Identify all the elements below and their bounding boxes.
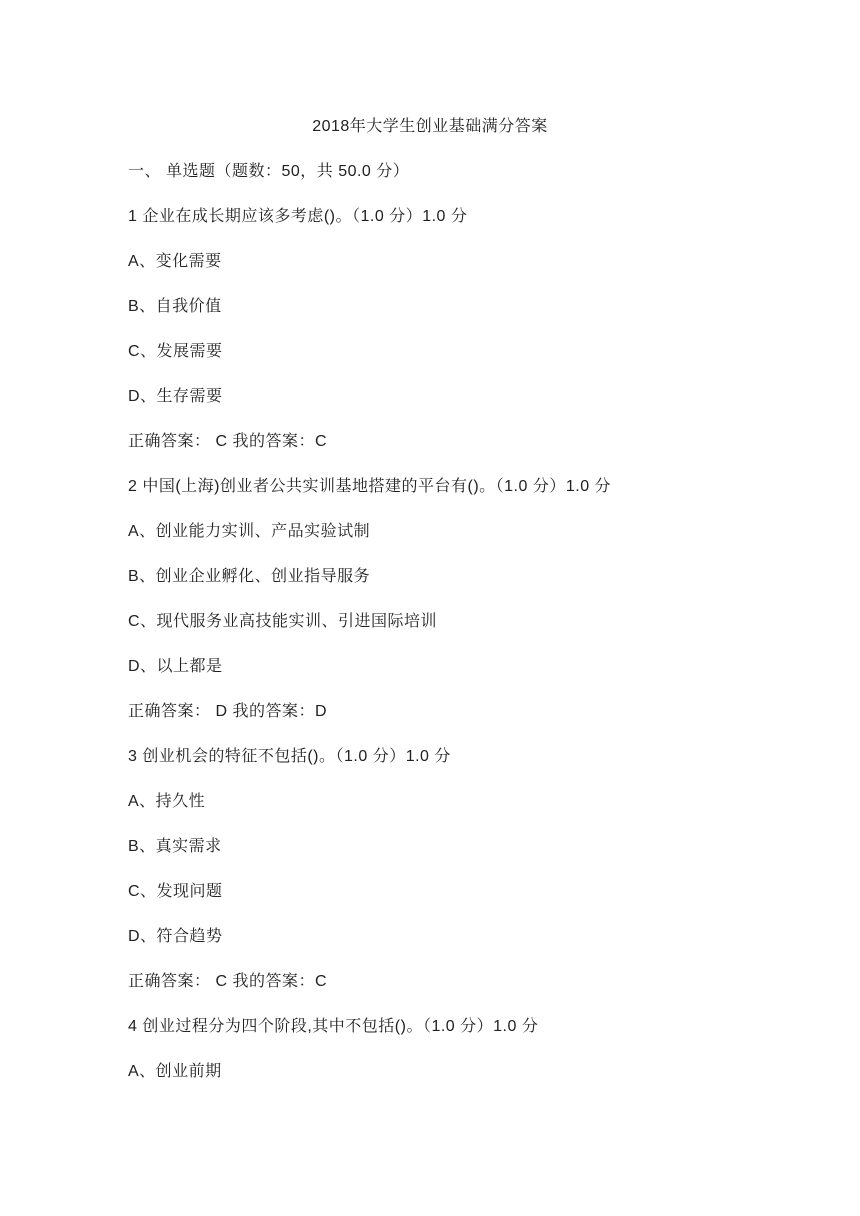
question-3-option-b: B、真实需求 [128,824,732,869]
question-4-option-a: A、创业前期 [128,1049,732,1094]
question-2-option-c: C、现代服务业高技能实训、引进国际培训 [128,599,732,644]
question-1-option-c: C、发展需要 [128,329,732,374]
question-1-answer: 正确答案： C 我的答案：C [128,419,732,464]
question-1-stem: 1 企业在成长期应该多考虑()。（1.0 分）1.0 分 [128,194,732,239]
question-1-option-d: D、生存需要 [128,374,732,419]
question-3-option-a: A、持久性 [128,779,732,824]
question-3-answer: 正确答案： C 我的答案：C [128,959,732,1004]
question-2-stem: 2 中国(上海)创业者公共实训基地搭建的平台有()。（1.0 分）1.0 分 [128,464,732,509]
question-4-stem: 4 创业过程分为四个阶段,其中不包括()。（1.0 分）1.0 分 [128,1004,732,1049]
question-3-stem: 3 创业机会的特征不包括()。（1.0 分）1.0 分 [128,734,732,779]
section-heading: 一、 单选题（题数：50，共 50.0 分） [128,149,732,194]
question-2-option-a: A、创业能力实训、产品实验试制 [128,509,732,554]
question-3-option-c: C、发现问题 [128,869,732,914]
question-2-option-d: D、以上都是 [128,644,732,689]
page-title: 2018年大学生创业基础满分答案 [128,104,732,149]
question-2-answer: 正确答案： D 我的答案：D [128,689,732,734]
question-1-option-b: B、自我价值 [128,284,732,329]
question-2-option-b: B、创业企业孵化、创业指导服务 [128,554,732,599]
document-page: 2018年大学生创业基础满分答案 一、 单选题（题数：50，共 50.0 分） … [0,0,860,1216]
question-1-option-a: A、变化需要 [128,239,732,284]
question-3-option-d: D、符合趋势 [128,914,732,959]
